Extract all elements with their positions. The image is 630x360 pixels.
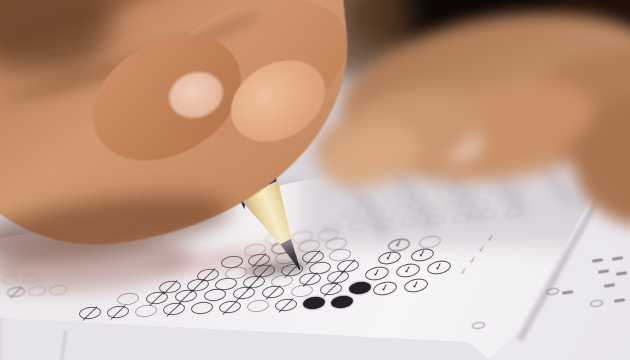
exam-photo-scene: ✓✓✓✓✓✓✓✓✓✓✓✓ Close	[0, 0, 630, 360]
writing-hand	[0, 0, 630, 360]
